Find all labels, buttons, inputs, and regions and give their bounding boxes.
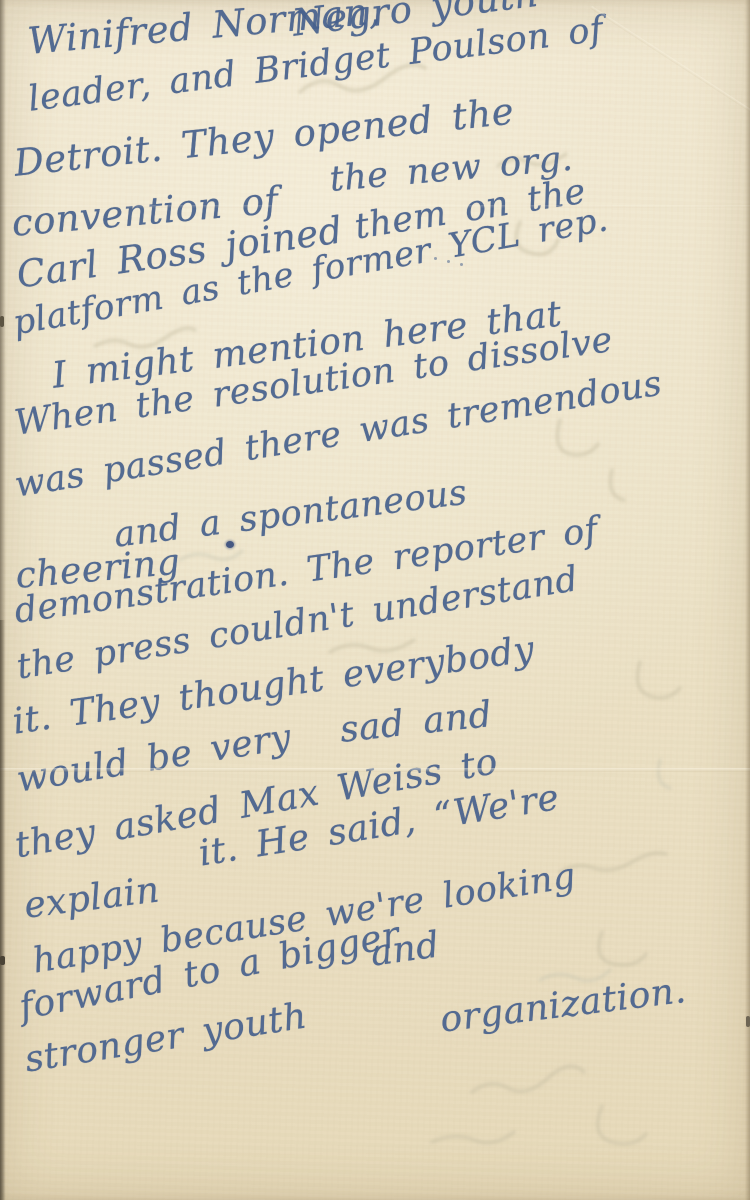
edge-speck — [0, 956, 5, 965]
edge-speck — [0, 316, 4, 327]
letter-page: Winifred Norman,Negro youthleader, and B… — [0, 0, 750, 1200]
fold-crease-horizontal-upper — [0, 205, 750, 208]
ink-dot — [434, 257, 437, 260]
ink-dot — [447, 260, 450, 263]
ink-dot — [460, 263, 463, 266]
fold-crease-horizontal — [0, 768, 750, 772]
edge-speck — [746, 1016, 750, 1027]
paper-edge-left-shadow — [0, 620, 5, 1200]
ink-blot — [226, 541, 234, 548]
